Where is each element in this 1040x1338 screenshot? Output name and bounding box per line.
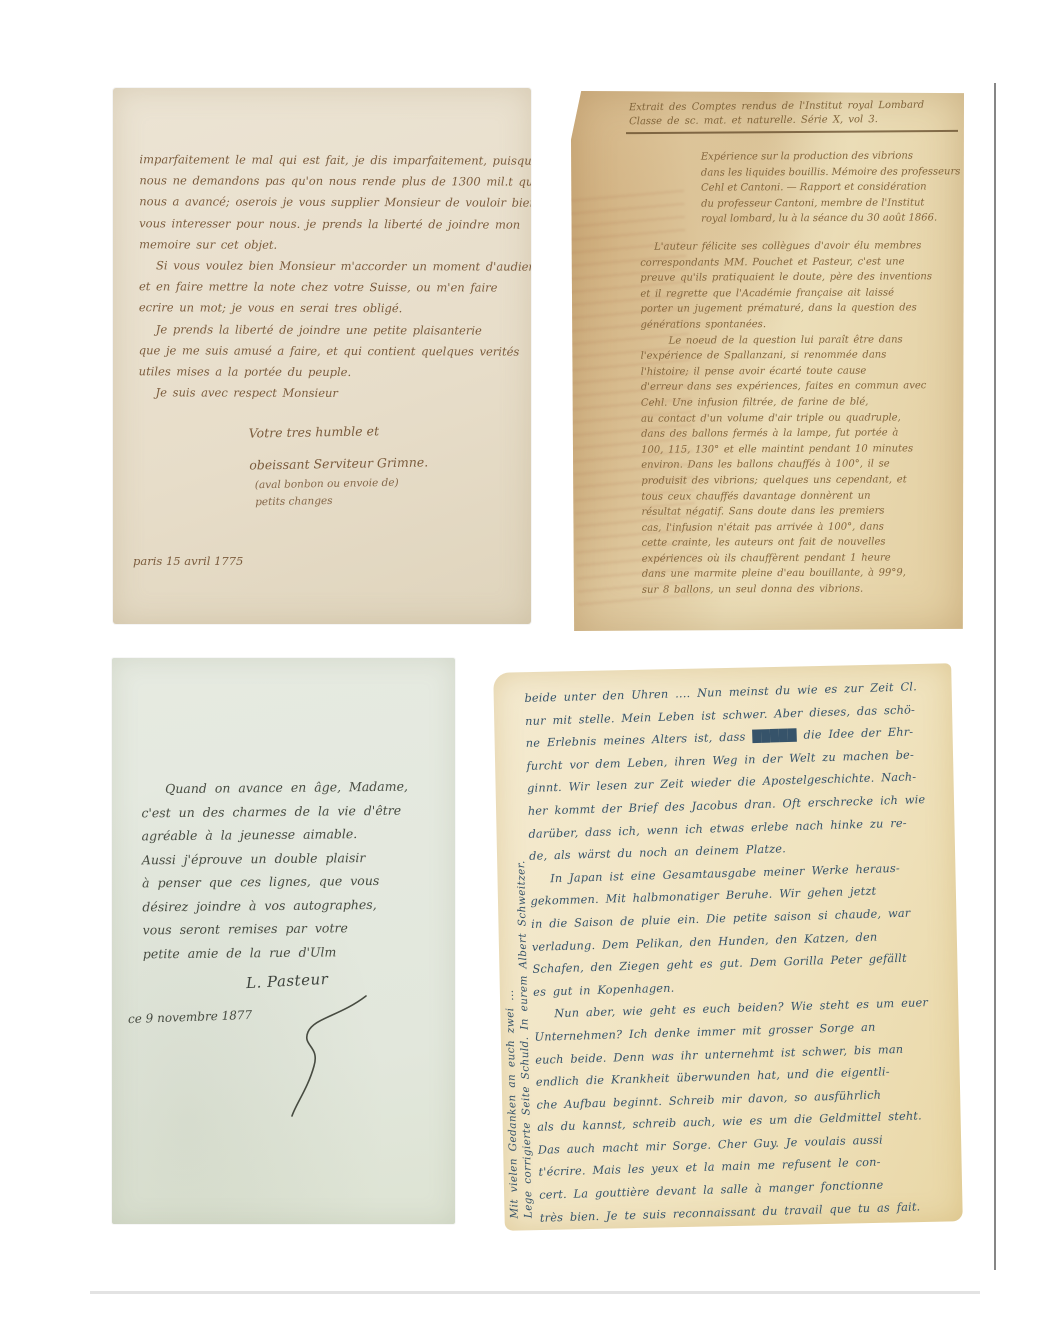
handwriting-line: Cehl. Une infusion filtrée, de farine de… <box>641 394 933 411</box>
handwriting-line: dans des ballons fermés à la lampe, fut … <box>641 425 933 442</box>
handwriting-line: imparfaitement le mal qui est fait, je d… <box>139 149 531 172</box>
pasteur-signature: L. Pasteur <box>246 970 329 992</box>
handwriting-line: 100, 115, 130° et elle maintint pendant … <box>641 441 933 458</box>
handwriting-line: Votre tres humble et <box>248 414 427 449</box>
letter-closing: Votre tres humble etobeissant Serviteur … <box>248 414 428 481</box>
handwriting-line: générations spontanées. <box>640 316 932 333</box>
handwriting-line: Expérience sur la production des vibrion… <box>701 148 961 165</box>
letter-dateline: paris 15 avril 1775 <box>133 554 243 568</box>
handwriting-line: agréable à la jeunesse aimable. <box>142 822 409 848</box>
handwriting-line: dans les liquides bouillis. Mémoire des … <box>701 164 961 181</box>
extract-title: Expérience sur la production des vibrion… <box>701 148 961 227</box>
handwriting-line: résultat négatif. Sans doute dans les pr… <box>641 503 933 520</box>
handwriting-line: c'est un des charmes de la vie d'être <box>141 798 408 824</box>
handwriting-line: petite amie de la rue d'Ulm <box>143 939 410 965</box>
letter-dateline: ce 9 novembre 1877 <box>128 1008 253 1026</box>
handwriting-line: expériences où ils chauffèrent pendant 1… <box>642 550 934 567</box>
manuscript-letter-pasteur-1877: Quand on avance en âge, Madame,c'est un … <box>112 658 455 1224</box>
handwriting-line: Cehl et Cantoni. — Rapport et considérat… <box>701 180 961 197</box>
handwriting-line: vous seront remises par votre <box>142 916 409 942</box>
handwriting-line: dans une marmite pleine d'eau bouillante… <box>642 566 934 583</box>
manuscript-letter-schweitzer: Mit vielen Gedanken an euch zwei ... Leg… <box>493 663 963 1230</box>
handwriting-line: au contact d'un volume d'air triple ou q… <box>641 410 933 427</box>
handwriting-line: cas, l'infusion n'était pas arrivée à 10… <box>642 519 934 536</box>
handwriting-line: que je me suis amusé a faire, et qui con… <box>139 340 531 363</box>
extract-body: L'auteur félicite ses collègues d'avoir … <box>640 238 934 598</box>
handwriting-line: Le noeud de la question lui paraît être … <box>641 332 933 349</box>
extract-header: Extrait des Comptes rendus de l'Institut… <box>629 99 924 129</box>
bottom-page-divider <box>90 1291 980 1294</box>
manuscript-extract-1866: Extrait des Comptes rendus de l'Institut… <box>571 91 964 631</box>
handwriting-line: royal lombard, lu à la séance du 30 août… <box>701 211 961 228</box>
handwriting-line: Je suis avec respect Monsieur <box>139 383 531 406</box>
handwriting-line: environ. Dans les ballons chauffés à 100… <box>641 457 933 474</box>
handwriting-line: et en faire mettre la note chez votre Su… <box>139 277 531 300</box>
handwriting-line: Aussi j'éprouve un double plaisir <box>142 845 409 871</box>
handwriting-line: L'auteur félicite ses collègues d'avoir … <box>640 238 932 255</box>
handwriting-line: correspondants MM. Pouchet et Pasteur, c… <box>640 254 932 271</box>
vertical-page-edge <box>994 83 996 1270</box>
handwriting-line: (aval bonbon ou envoie de) <box>255 475 399 495</box>
handwriting-line: à penser que ces lignes, que vous <box>142 869 409 895</box>
handwriting-line: utiles mises a la portée du peuple. <box>139 361 531 384</box>
header-rule <box>626 130 958 134</box>
handwriting-line: vous interesser pour nous. je prends la … <box>139 213 531 236</box>
handwriting-line: cette crainte, les auteurs ont fait de n… <box>642 535 934 552</box>
handwriting-line: Extrait des Comptes rendus de l'Institut… <box>629 99 924 115</box>
letter-body: imparfaitement le mal qui est fait, je d… <box>139 149 531 405</box>
handwriting-line: produisit des vibrions; quelques uns cep… <box>641 472 933 489</box>
handwriting-line: l'histoire; il pense avoir écarté toute … <box>641 363 933 380</box>
handwriting-line: Quand on avance en âge, Madame, <box>141 775 408 801</box>
handwriting-line: du professeur Cantoni, membre de l'Insti… <box>701 195 961 212</box>
handwriting-line: ecrire un mot; je vous en serai tres obl… <box>139 298 531 321</box>
handwriting-line: memoire sur cet objet. <box>139 234 531 257</box>
letter-postscript: (aval bonbon ou envoie de)petits changes <box>255 475 399 512</box>
signature-flourish <box>280 992 380 1122</box>
handwriting-line: désirez joindre à vos autographes, <box>142 892 409 918</box>
handwriting-line: sur 8 ballons, un seul donna des vibrion… <box>642 581 934 598</box>
document-page: imparfaitement le mal qui est fait, je d… <box>0 0 1040 1338</box>
manuscript-letter-1775: imparfaitement le mal qui est fait, je d… <box>113 88 531 624</box>
handwriting-line: nous a avancé; oserois je vous supplier … <box>139 192 531 215</box>
handwriting-line: Classe de sc. mat. et naturelle. Série X… <box>629 112 924 128</box>
handwriting-line: et il regrette que l'Académie française … <box>640 285 932 302</box>
handwriting-line: petits changes <box>255 492 399 512</box>
handwriting-line: d'erreur dans ses expériences, faites en… <box>641 379 933 396</box>
letter-body: beide unter den Uhren .... Nun meinst du… <box>524 676 938 1230</box>
handwriting-line: nous ne demandons pas qu'on nous rende p… <box>139 170 531 193</box>
handwriting-line: porter un jugement prématuré, dans la qu… <box>640 301 932 318</box>
handwriting-line: tous ceux chauffés davantage donnèrent u… <box>641 488 933 505</box>
handwriting-line: preuve qu'ils pratiquaient le doute, pèr… <box>640 269 932 286</box>
handwriting-line: l'expérience de Spallanzani, si renommée… <box>641 347 933 364</box>
handwriting-line: Si vous voulez bien Monsieur m'accorder … <box>139 255 531 278</box>
handwriting-line: Je prends la liberté de joindre une peti… <box>139 319 531 342</box>
letter-body: Quand on avance en âge, Madame,c'est un … <box>141 775 410 966</box>
